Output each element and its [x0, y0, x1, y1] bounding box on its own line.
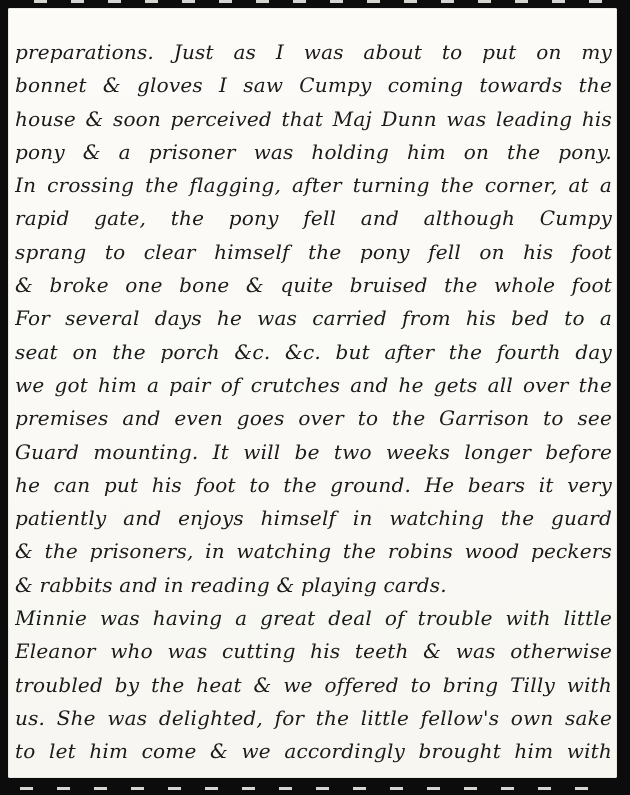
handwriting-line: seat on the porch &c. &c. but after the … — [15, 336, 612, 369]
handwriting-line: preparations. Just as I was about to put… — [15, 36, 612, 69]
handwriting-line: troubled by the heat & we offered to bri… — [15, 669, 612, 702]
scan-edge-tick-marks-top — [34, 0, 604, 3]
handwriting-line: For several days he was carried from his… — [15, 302, 612, 335]
handwriting-line: Guard mounting. It will be two weeks lon… — [15, 436, 612, 469]
handwriting-line: & rabbits and in reading & playing cards… — [15, 569, 612, 602]
scan-edge-nick — [0, 182, 6, 196]
scan-edge-tick-marks-bottom — [20, 787, 590, 790]
letter-page: preparations. Just as I was about to put… — [8, 8, 617, 778]
handwriting-line: pony & a prisoner was holding him on the… — [15, 136, 612, 169]
handwriting-line: Eleanor who was cutting his teeth & was … — [15, 635, 612, 668]
handwriting-line: house & soon perceived that Maj Dunn was… — [15, 103, 612, 136]
handwriting-line: us. She was delighted, for the little fe… — [15, 702, 612, 735]
handwriting-line: to let him come & we accordingly brought… — [15, 735, 612, 768]
handwriting-line: In crossing the flagging, after turning … — [15, 169, 612, 202]
letter-body-text: preparations. Just as I was about to put… — [15, 36, 612, 769]
handwriting-line: sprang to clear himself the pony fell on… — [15, 236, 612, 269]
handwriting-line: rapid gate, the pony fell and although C… — [15, 202, 612, 235]
handwriting-line: & the prisoners, in watching the robins … — [15, 535, 612, 568]
handwriting-line: & broke one bone & quite bruised the who… — [15, 269, 612, 302]
handwriting-line: bonnet & gloves I saw Cumpy coming towar… — [15, 69, 612, 102]
handwriting-line: he can put his foot to the ground. He be… — [15, 469, 612, 502]
handwriting-line: premises and even goes over to the Garri… — [15, 402, 612, 435]
letter-scan: preparations. Just as I was about to put… — [0, 0, 630, 795]
handwriting-line: we got him a pair of crutches and he get… — [15, 369, 612, 402]
handwriting-line: patiently and enjoys himself in watching… — [15, 502, 612, 535]
handwriting-line: Minnie was having a great deal of troubl… — [15, 602, 612, 635]
